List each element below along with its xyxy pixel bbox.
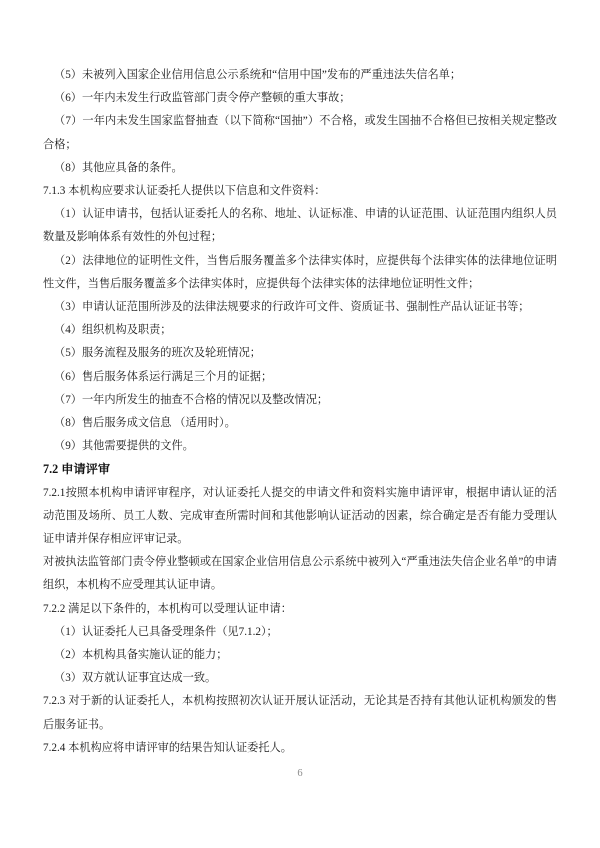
paragraph: 7.1.3 本机构应要求认证委托人提供以下信息和文件资料： [43, 180, 557, 203]
list-item: （1）认证委托人已具备受理条件（见7.1.2）； [43, 621, 557, 644]
list-item: （8）其他应具备的条件。 [43, 157, 557, 180]
paragraph: 7.2.4 本机构应将申请评审的结果告知认证委托人。 [43, 737, 557, 760]
list-item: （1）认证申请书，包括认证委托人的名称、地址、认证标准、申请的认证范围、认证范围… [43, 203, 557, 249]
list-item: （5）未被列入国家企业信用信息公示系统和“信用中国”发布的严重违法失信名单； [43, 64, 557, 87]
document-body: （5）未被列入国家企业信用信息公示系统和“信用中国”发布的严重违法失信名单；（6… [43, 64, 557, 760]
list-item: （2）本机构具备实施认证的能力； [43, 644, 557, 667]
list-item: （7）一年内未发生国家监督抽查（以下简称“国抽”）不合格，或发生国抽不合格但已按… [43, 110, 557, 156]
section-heading: 7.2 申请评审 [43, 458, 557, 481]
paragraph: 7.2.2 满足以下条件的，本机构可以受理认证申请： [43, 598, 557, 621]
list-item: （4）组织机构及职责； [43, 319, 557, 342]
list-item: （5）服务流程及服务的班次及轮班情况； [43, 342, 557, 365]
list-item: （6）售后服务体系运行满足三个月的证据； [43, 366, 557, 389]
paragraph: 7.2.3 对于新的认证委托人，本机构按照初次认证开展认证活动，无论其是否持有其… [43, 690, 557, 736]
page-footer: 6 [0, 763, 600, 781]
list-item: （7）一年内所发生的抽查不合格的情况以及整改情况； [43, 389, 557, 412]
page-number: 6 [297, 767, 302, 781]
list-item: （3）双方就认证事宜达成一致。 [43, 667, 557, 690]
list-item: （9）其他需要提供的文件。 [43, 435, 557, 458]
list-item: （3）申请认证范围所涉及的法律法规要求的行政许可文件、资质证书、强制性产品认证证… [43, 296, 557, 319]
list-item: （8）售后服务成文信息 （适用时）。 [43, 412, 557, 435]
list-item: （6）一年内未发生行政监管部门责令停产整顿的重大事故； [43, 87, 557, 110]
list-item: （2）法律地位的证明性文件，当售后服务覆盖多个法律实体时，应提供每个法律实体的法… [43, 250, 557, 296]
document-page: （5）未被列入国家企业信用信息公示系统和“信用中国”发布的严重违法失信名单；（6… [0, 0, 600, 848]
paragraph: 7.2.1按照本机构申请评审程序，对认证委托人提交的申请文件和资料实施申请评审，… [43, 482, 557, 552]
paragraph: 对被执法监管部门责令停业整顿或在国家企业信用信息公示系统中被列入“严重违法失信企… [43, 551, 557, 597]
